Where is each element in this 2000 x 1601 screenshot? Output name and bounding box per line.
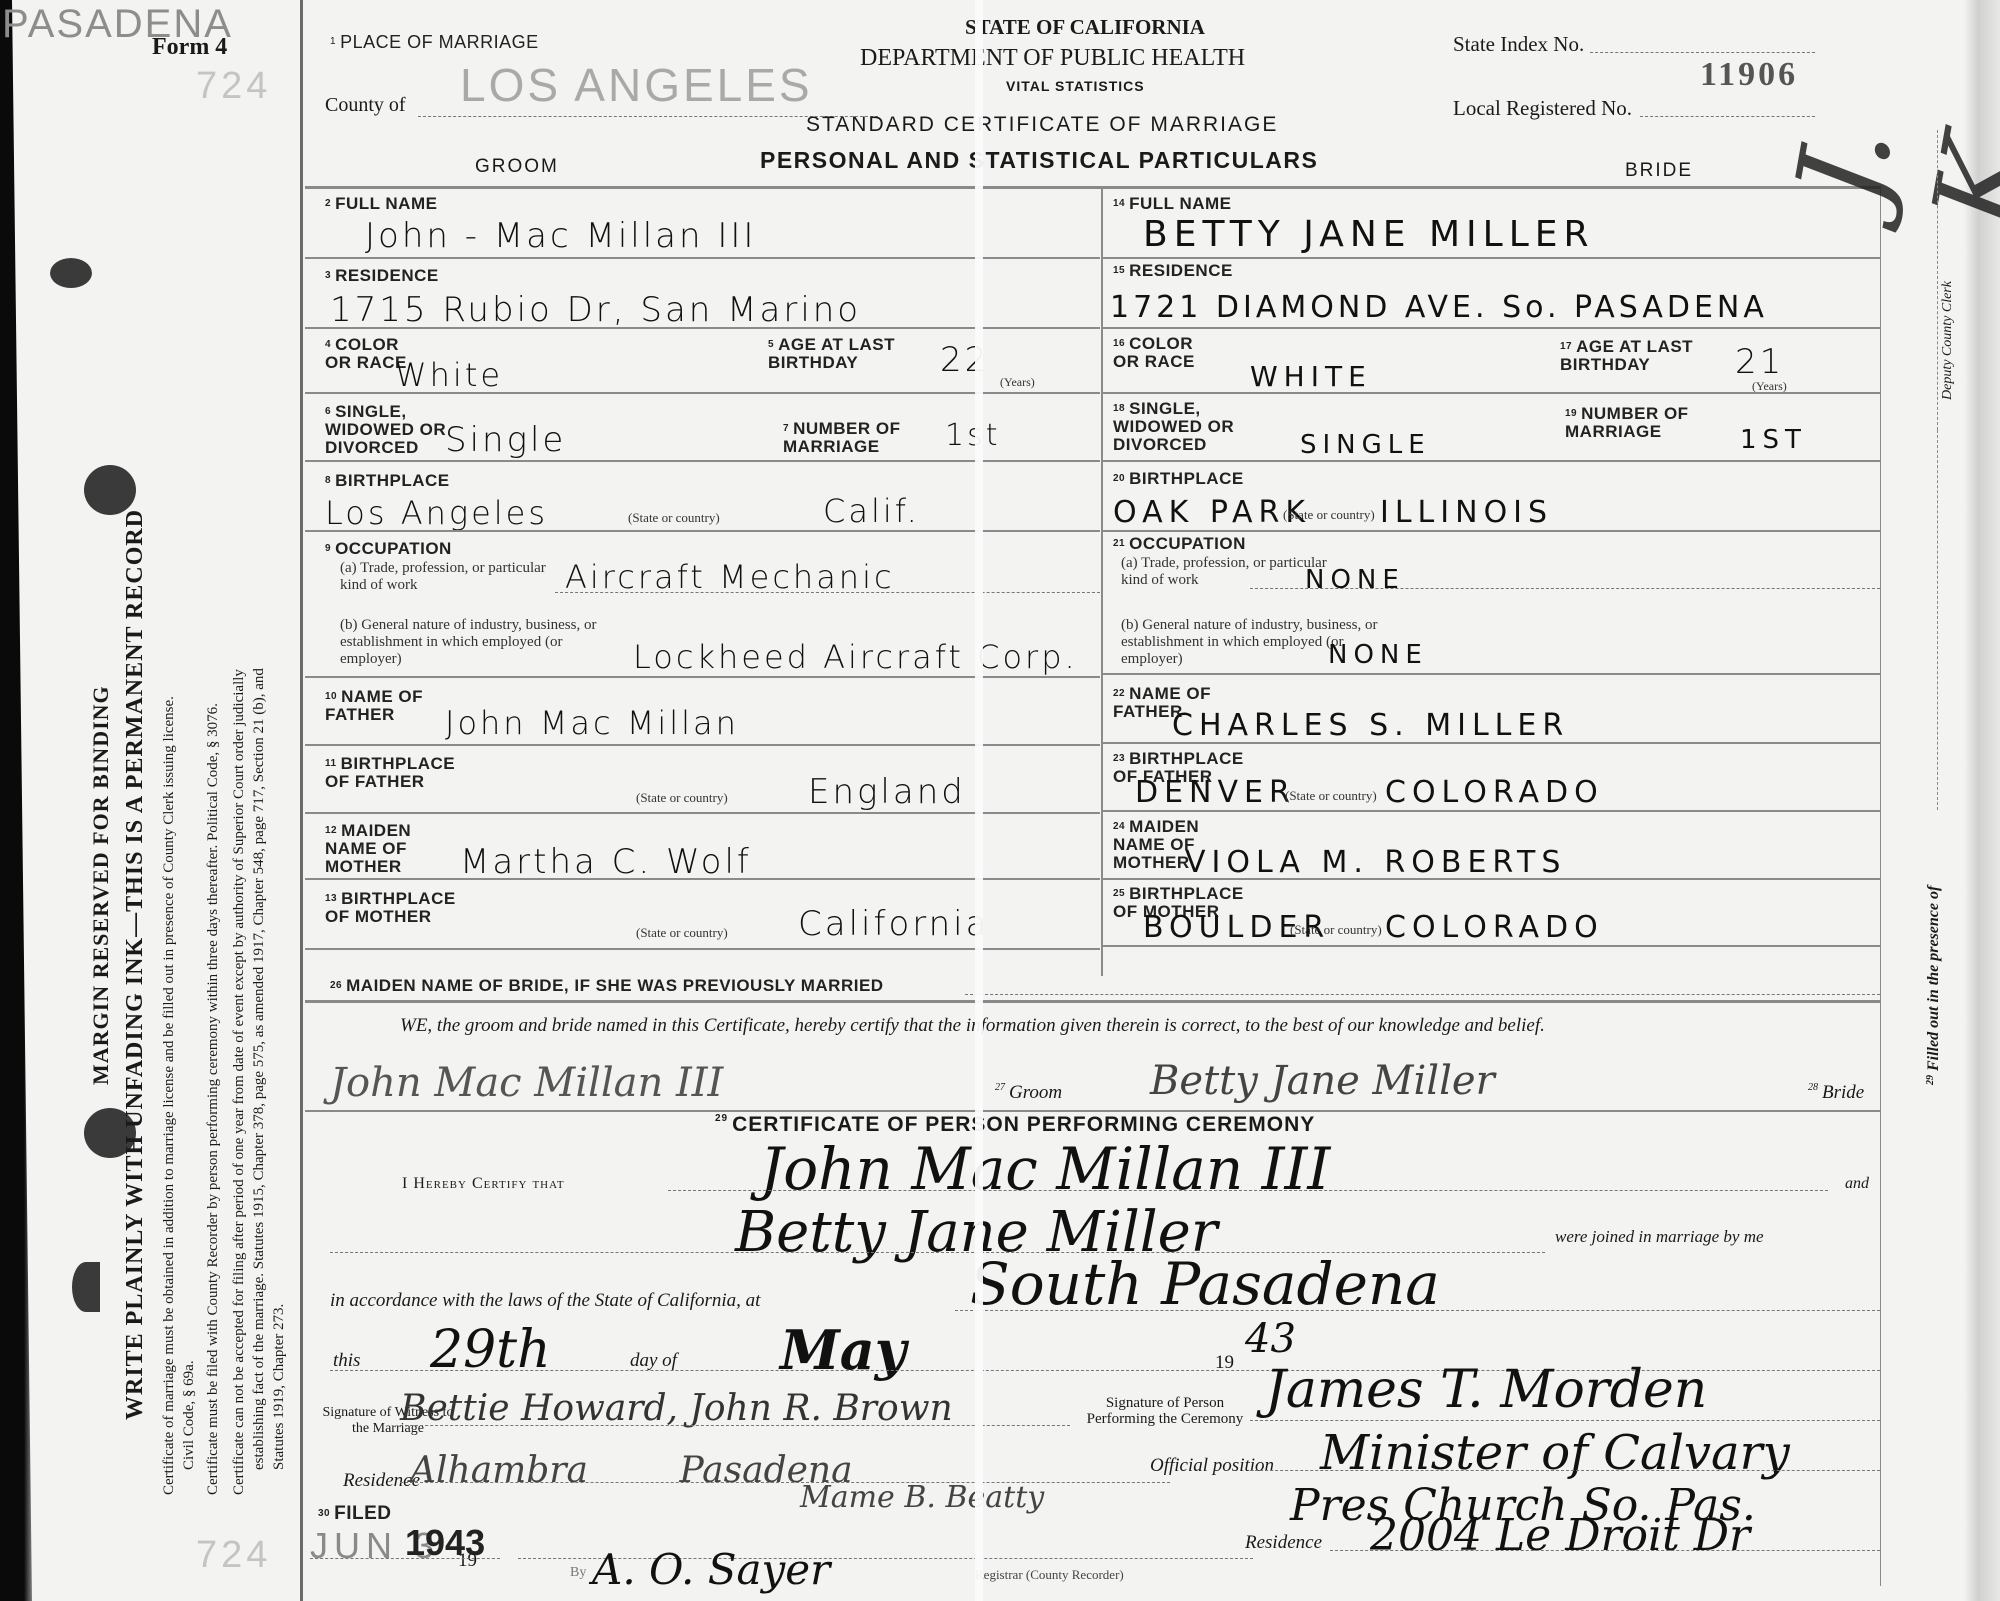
field-underline	[668, 1190, 1828, 1191]
state-or-country-caption: (State or country)	[1285, 788, 1377, 804]
day-of-label: day of	[630, 1350, 677, 1372]
groom-occupation-label: 9OCCUPATION	[325, 540, 452, 558]
state-heading: STATE OF CALIFORNIA	[965, 15, 1205, 40]
ink-note: WRITE PLAINLY WITH UNFADING INK—THIS IS …	[122, 509, 149, 1420]
bride-father-birthplace-state: COLORADO	[1385, 775, 1604, 810]
bride-signature: Betty Jane Miller	[1150, 1058, 1495, 1104]
groom-occupation-b-label: (b) General nature of industry, business…	[340, 617, 625, 668]
binding-hole	[72, 1262, 100, 1312]
ceremony-place: South Pasadena	[970, 1250, 1440, 1318]
clerk-signature-line	[1937, 130, 1938, 430]
row-rule	[1103, 257, 1880, 259]
field-underline	[400, 1482, 1170, 1483]
field-underline	[555, 592, 1100, 593]
bride-heading: BRIDE	[1625, 160, 1693, 182]
row-rule	[1103, 392, 1880, 394]
row-rule	[1103, 673, 1880, 675]
right-border	[1880, 186, 1881, 1586]
bride-residence: 1721 DIAMOND AVE. So. PASADENA	[1110, 290, 1768, 325]
bride-father-birthplace-city: DENVER	[1135, 775, 1296, 810]
bride-father: CHARLES S. MILLER	[1172, 708, 1569, 743]
instruction-1: Certificate of marriage must be obtained…	[160, 696, 179, 1495]
filed-year-prefix: 19	[458, 1550, 477, 1572]
groom-residence-label: 3RESIDENCE	[325, 267, 439, 285]
row-rule	[1103, 327, 1880, 329]
deputy-clerk-signature: J. K. Lee	[1770, 0, 2000, 262]
groom-mother-birthplace: California	[798, 904, 989, 944]
instruction-1b: Civil Code, § 69a.	[180, 1360, 199, 1470]
groom-full-name: John - Mac Millan III	[365, 216, 756, 256]
groom-occupation-a-label: (a) Trade, profession, or particular kin…	[340, 560, 550, 594]
certify-label: I Hereby Certify that	[402, 1175, 565, 1193]
bride-color-label: 16COLOR OR RACE	[1113, 335, 1203, 371]
registrar-signature: A. O. Sayer	[592, 1545, 830, 1594]
officiant-residence-label: Residence	[1245, 1532, 1322, 1554]
by-label: By	[570, 1565, 586, 1581]
groom-birthplace-state: Calif.	[823, 492, 920, 530]
instruction-3c: Statutes 1919, Chapter 273.	[270, 1304, 289, 1470]
bride-signature-label: 28Bride	[1808, 1082, 1864, 1104]
place-of-marriage-label: 1PLACE OF MARRIAGE	[330, 33, 539, 51]
header-rule	[305, 186, 1880, 189]
groom-mother: Martha C. Wolf	[460, 842, 752, 882]
bride-residence-label: 15RESIDENCE	[1113, 262, 1233, 280]
row-rule	[1103, 460, 1880, 462]
scan-dark-edge	[0, 0, 40, 1601]
state-or-country-caption: (State or country)	[1290, 922, 1382, 938]
section-rule	[305, 1110, 1880, 1112]
page-stamp-bottom: 724	[196, 1534, 271, 1577]
county-label: County of	[325, 94, 406, 117]
groom-mother-birthplace-label: 13BIRTHPLACE OF MOTHER	[325, 890, 465, 926]
groom-father-birthplace-label: 11BIRTHPLACE OF FATHER	[325, 755, 465, 791]
column-divider	[1101, 186, 1103, 976]
bride-marital: SINGLE	[1300, 430, 1431, 460]
groom-birthplace-label: 8BIRTHPLACE	[325, 472, 450, 490]
groom-father-birthplace: England	[808, 772, 966, 812]
laws-label: in accordance with the laws of the State…	[330, 1290, 760, 1312]
field-underline	[400, 1425, 1070, 1426]
groom-heading: GROOM	[475, 156, 559, 178]
state-index-underline	[1590, 52, 1815, 53]
bride-occupation-label: 21OCCUPATION	[1113, 535, 1246, 553]
groom-birthplace-city: Los Angeles	[325, 494, 548, 532]
row-rule	[1103, 945, 1880, 947]
ceremony-day: 29th	[430, 1320, 551, 1380]
row-rule	[1103, 742, 1880, 744]
field-underline	[955, 1310, 1880, 1311]
field-underline	[1330, 1550, 1880, 1551]
bride-marriage-number-label: 19NUMBER OF MARRIAGE	[1565, 405, 1695, 441]
state-index-label: State Index No.	[1453, 32, 1584, 57]
row-rule	[1103, 878, 1880, 880]
margin-rule	[300, 0, 303, 1601]
page-stamp-top: 724	[196, 65, 271, 108]
field-underline	[1250, 1420, 1880, 1421]
state-or-country-caption: (State or country)	[1283, 507, 1375, 523]
groom-father: John Mac Millan	[445, 704, 739, 742]
certificate-title: STANDARD CERTIFICATE OF MARRIAGE	[806, 113, 1278, 137]
local-registered-label: Local Registered No.	[1453, 96, 1632, 121]
groom-full-name-label: 2FULL NAME	[325, 195, 437, 213]
row-rule	[1103, 810, 1880, 812]
groom-residence: 1715 Rubio Dr, San Marino	[330, 290, 861, 330]
certificate-subtitle: PERSONAL AND STATISTICAL PARTICULARS	[760, 147, 1318, 174]
state-or-country-caption: (State or country)	[628, 510, 720, 526]
binding-hole	[50, 258, 92, 288]
previous-name-label: 26MAIDEN NAME OF BRIDE, IF SHE WAS PREVI…	[330, 977, 884, 995]
presence-label: 29Filled out in the presence of	[1925, 886, 1943, 1085]
and-label: and	[1845, 1175, 1869, 1193]
bride-occupation-b: NONE	[1328, 640, 1428, 670]
officiant-residence: 2004 Le Droit Dr	[1370, 1510, 1750, 1561]
bride-occupation-a: NONE	[1305, 565, 1405, 595]
state-or-country-caption: (State or country)	[636, 925, 728, 941]
bride-color: WHITE	[1250, 360, 1372, 393]
bride-age: 21	[1735, 342, 1784, 382]
bride-birthplace-state: ILLINOIS	[1380, 495, 1553, 530]
registrar-label: Registrar (County Recorder)	[975, 1567, 1124, 1583]
groom-signature: John Mac Millan III	[330, 1060, 723, 1106]
instruction-3b: establishing fact of the marriage. Statu…	[250, 668, 269, 1470]
groom-age-label: 5AGE AT LAST BIRTHDAY	[768, 336, 918, 372]
ceremony-year: 43	[1245, 1316, 1296, 1362]
groom-age-unit: (Years)	[1000, 374, 1035, 391]
binding-note: MARGIN RESERVED FOR BINDING	[88, 685, 114, 1085]
groom-father-label: 10NAME OF FATHER	[325, 688, 440, 724]
bride-age-label: 17AGE AT LAST BIRTHDAY	[1560, 338, 1710, 374]
groom-marital: Single	[445, 420, 566, 460]
state-or-country-caption: (State or country)	[636, 790, 728, 806]
affirmation-text: WE, the groom and bride named in this Ce…	[330, 1010, 1890, 1042]
row-rule	[1103, 530, 1880, 532]
groom-occupation-a: Aircraft Mechanic	[565, 558, 895, 596]
bride-full-name-label: 14FULL NAME	[1113, 195, 1232, 213]
officiant-signature: James T. Morden	[1265, 1360, 1707, 1420]
groom-color: White	[395, 356, 503, 394]
filed-label: 30FILED	[318, 1505, 392, 1523]
paper-crease	[975, 0, 983, 1601]
witness-residence-label: Residence	[343, 1470, 420, 1492]
section-rule	[305, 1000, 1880, 1003]
instruction-2: Certificate must be filed with County Re…	[204, 703, 223, 1495]
groom-marriage-number-label: 7NUMBER OF MARRIAGE	[783, 420, 913, 456]
form-number: Form 4	[152, 34, 227, 61]
witness-residence: Alhambra Pasadena	[410, 1450, 853, 1491]
county-value: LOS ANGELES	[460, 58, 813, 112]
bride-mother-birthplace-state: COLORADO	[1385, 910, 1604, 945]
additional-witness-name: Mame B. Beatty	[800, 1480, 1044, 1515]
binding-hole	[84, 465, 136, 515]
bride-full-name: BETTY JANE MILLER	[1143, 214, 1595, 255]
instruction-3: Certificate can not be accepted for fili…	[230, 669, 249, 1495]
bride-birthplace-city: OAK PARK	[1113, 495, 1311, 530]
groom-signature-label: 27Groom	[995, 1082, 1062, 1104]
deputy-clerk-label: Deputy County Clerk	[1940, 281, 1956, 400]
bride-birthplace-label: 20BIRTHPLACE	[1113, 470, 1244, 488]
bride-mother: VIOLA M. ROBERTS	[1185, 845, 1566, 880]
groom-mother-label: 12MAIDEN NAME OF MOTHER	[325, 822, 435, 876]
field-underline	[310, 1558, 500, 1559]
scan-right-edge	[1964, 0, 2000, 1601]
groom-marriage-number: 1st	[945, 418, 1000, 453]
ceremony-heading: 29CERTIFICATE OF PERSON PERFORMING CEREM…	[715, 1113, 1315, 1137]
bride-marital-label: 18SINGLE, WIDOWED OR DIVORCED	[1113, 400, 1243, 454]
groom-marital-label: 6SINGLE, WIDOWED OR DIVORCED	[325, 403, 455, 457]
witness-signatures: Bettie Howard, John R. Brown	[400, 1388, 953, 1429]
official-position-label: Official position	[1150, 1455, 1274, 1477]
groom-occupation-b: Lockheed Aircraft Corp.	[633, 638, 1078, 676]
joined-label: were joined in marriage by me	[1555, 1227, 1764, 1247]
presence-line	[1937, 430, 1938, 810]
field-underline	[1250, 1470, 1880, 1471]
official-position: Minister of Calvary	[1320, 1425, 1790, 1481]
state-index-value: 11906	[1700, 56, 1798, 94]
division-heading: VITAL STATISTICS	[1006, 78, 1145, 94]
department-heading: DEPARTMENT OF PUBLIC HEALTH	[860, 45, 1245, 72]
previous-name-underline	[965, 994, 1880, 995]
ceremony-month: May	[780, 1318, 906, 1382]
bride-marriage-number: 1ST	[1740, 425, 1807, 455]
field-underline	[1250, 588, 1880, 589]
officiant-label: Signature of Person Performing the Cerem…	[1075, 1395, 1255, 1427]
this-label: this	[333, 1350, 360, 1372]
certified-groom-name: John Mac Millan III	[760, 1135, 1330, 1203]
